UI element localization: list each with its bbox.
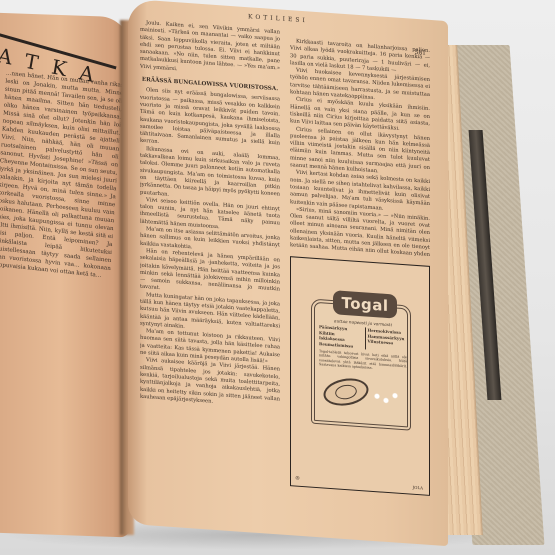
article-intro: Joulu. Kaiken ei, sen Viivikin ymmärsi v… xyxy=(140,20,280,81)
left-page-text: …nnen hänet. Hän on muuan vanha rikas le… xyxy=(0,70,124,538)
ad-condition-left: Päänsärkyyn Kihtiin Iskiaksessa Reumatis… xyxy=(319,324,362,349)
open-magazine-photo: ATKA …nnen hänet. Hän on muuan vanha rik… xyxy=(0,0,555,555)
tablets-illustration-icon xyxy=(371,387,401,407)
ad-ornamental-frame: Togal auttaa nopeasti ja varmasti Päänsä… xyxy=(311,299,411,431)
togal-logo: Togal xyxy=(333,290,397,318)
registered-mark-icon: ® xyxy=(295,475,300,481)
togal-advertisement: Togal auttaa nopeasti ja varmasti Päänsä… xyxy=(290,256,430,496)
article-column-1: Joulu. Kaiken ei, sen Viivikin ymmärsi v… xyxy=(140,20,280,500)
article-paragraph: »Sirius, minä sanomiin vuoria.» — »Niin … xyxy=(290,206,430,258)
ad-condition-right: Hermokivuissa Hammassärkyyn Vilustuessa xyxy=(365,327,408,352)
article-column-2: Kirkkaasti tavaroita on hallanharjoissa … xyxy=(290,38,430,258)
ad-body-text: Togal-tabletit tehoavat kivut heti eikä … xyxy=(319,349,407,372)
pill-tin-illustration-icon xyxy=(320,375,371,409)
running-head: KOTILIESI xyxy=(248,13,308,24)
ad-conditions-list: Päänsärkyyn Kihtiin Iskiaksessa Reumatis… xyxy=(319,324,407,352)
right-page: KOTILIESI 581 Joulu. Kaiken ei, sen Viiv… xyxy=(128,0,448,546)
left-page: ATKA …nnen hänet. Hän on muuan vanha rik… xyxy=(0,13,130,538)
article-paragraph: Viivi aukaisee kääröjä ja Viivi järjestä… xyxy=(140,357,280,411)
article-paragraph: Olen siis nyt eräässä bungalowissa, serv… xyxy=(140,87,280,155)
ad-signature: JOLA xyxy=(413,485,423,491)
